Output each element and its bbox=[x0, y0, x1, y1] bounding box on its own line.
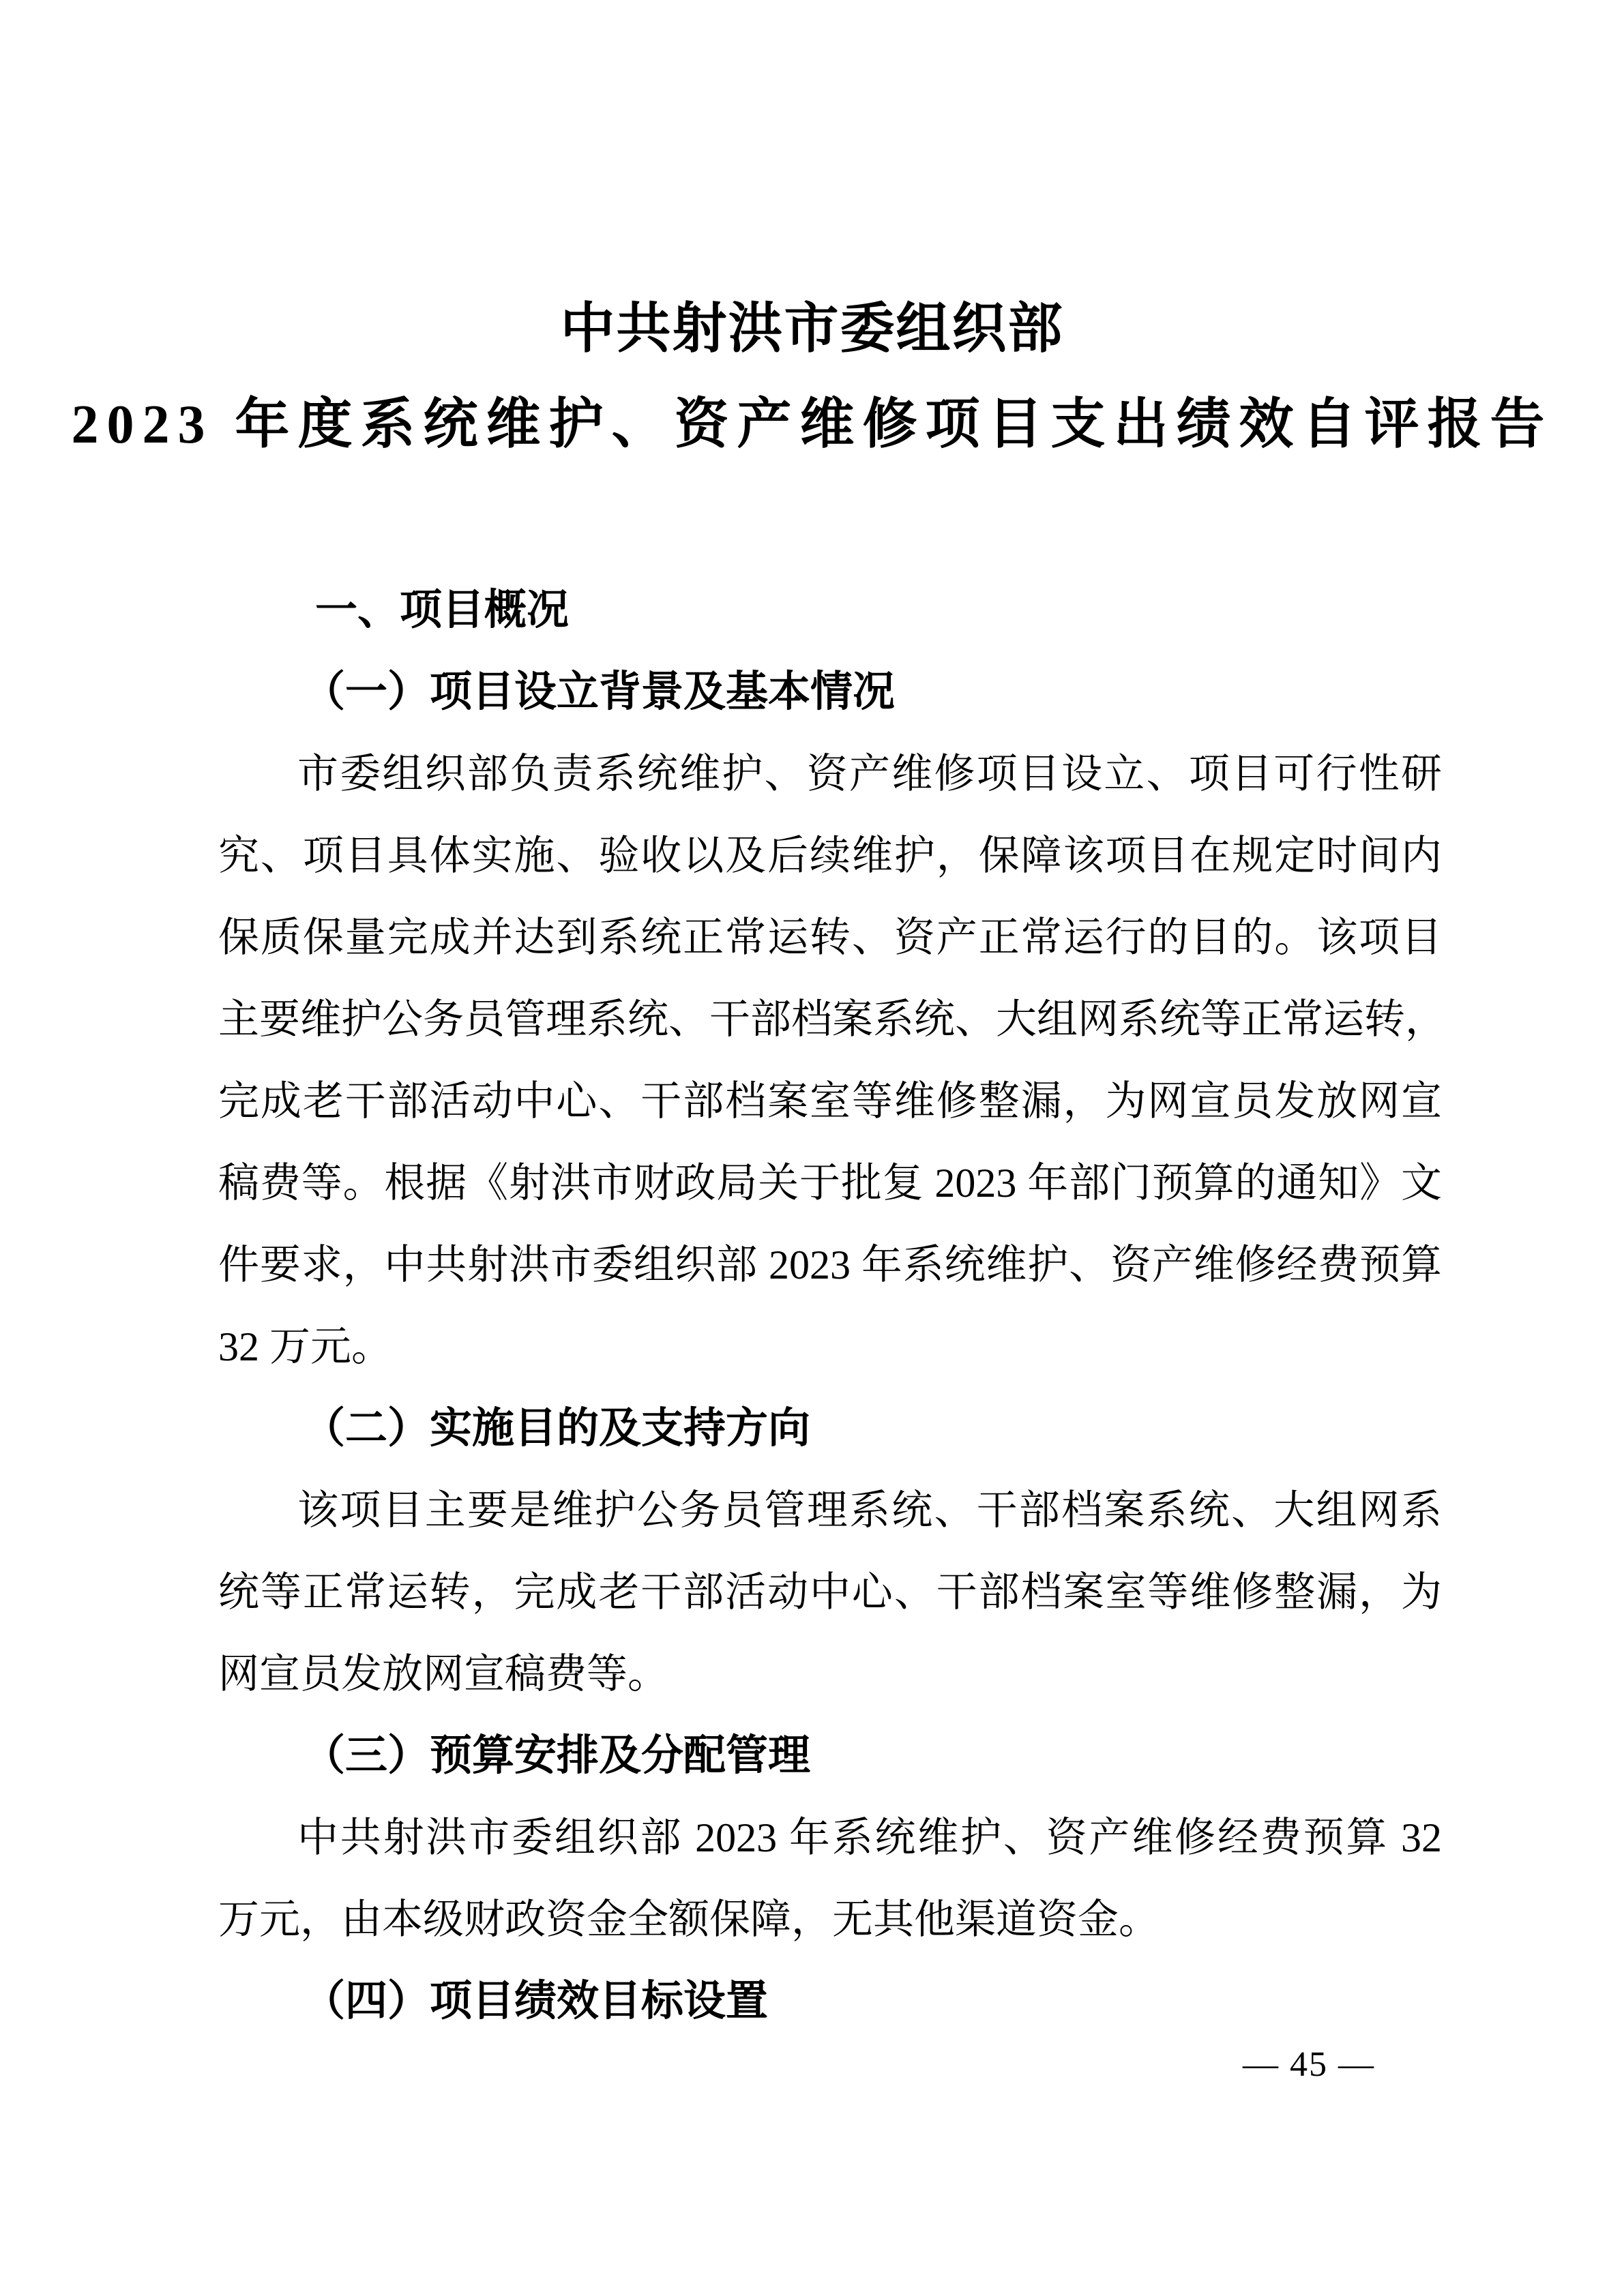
body-line: 主要维护公务员管理系统、干部档案系统、大组网系统等正常运转， bbox=[218, 979, 1442, 1060]
body-line: 完成老干部活动中心、干部档案室等维修整漏，为网宣员发放网宣 bbox=[218, 1060, 1442, 1142]
body-line: 万元，由本级财政资金全额保障，无其他渠道资金。 bbox=[218, 1879, 1442, 1960]
body-line: 中共射洪市委组织部 2023 年系统维护、资产维修经费预算 32 bbox=[218, 1797, 1442, 1879]
body-line: 32 万元。 bbox=[218, 1306, 1442, 1388]
section-heading-3: （三）预算安排及分配管理 bbox=[218, 1715, 1442, 1797]
body-line: 保质保量完成并达到系统正常运转、资产正常运行的目的。该项目 bbox=[218, 897, 1442, 979]
section-heading-1: （一）项目设立背景及基本情况 bbox=[218, 651, 1442, 733]
body-line: 市委组织部负责系统维护、资产维修项目设立、项目可行性研 bbox=[218, 733, 1442, 815]
body-line: 稿费等。根据《射洪市财政局关于批复 2023 年部门预算的通知》文 bbox=[218, 1142, 1442, 1224]
body-line: 统等正常运转，完成老干部活动中心、干部档案室等维修整漏，为 bbox=[218, 1551, 1442, 1633]
document-body: 一、项目概况 （一）项目设立背景及基本情况 市委组织部负责系统维护、资产维修项目… bbox=[218, 569, 1442, 2042]
document-page: 中共射洪市委组织部 2023 年度系统维护、资产维修项目支出绩效自评报告 一、项… bbox=[0, 0, 1624, 2296]
body-line: 究、项目具体实施、验收以及后续维护，保障该项目在规定时间内 bbox=[218, 815, 1442, 897]
document-title-line-2: 2023 年度系统维护、资产维修项目支出绩效自评报告 bbox=[0, 387, 1624, 462]
section-heading-4: （四）项目绩效目标设置 bbox=[218, 1960, 1442, 2042]
body-line: 该项目主要是维护公务员管理系统、干部档案系统、大组网系 bbox=[218, 1470, 1442, 1551]
body-line: 件要求，中共射洪市委组织部 2023 年系统维护、资产维修经费预算 bbox=[218, 1224, 1442, 1306]
document-title-line-1: 中共射洪市委组织部 bbox=[0, 292, 1624, 367]
section-heading-2: （二）实施目的及支持方向 bbox=[218, 1388, 1442, 1470]
body-line: 网宣员发放网宣稿费等。 bbox=[218, 1633, 1442, 1715]
chapter-heading-1: 一、项目概况 bbox=[218, 569, 1442, 651]
page-number: — 45 — bbox=[1243, 2044, 1375, 2085]
